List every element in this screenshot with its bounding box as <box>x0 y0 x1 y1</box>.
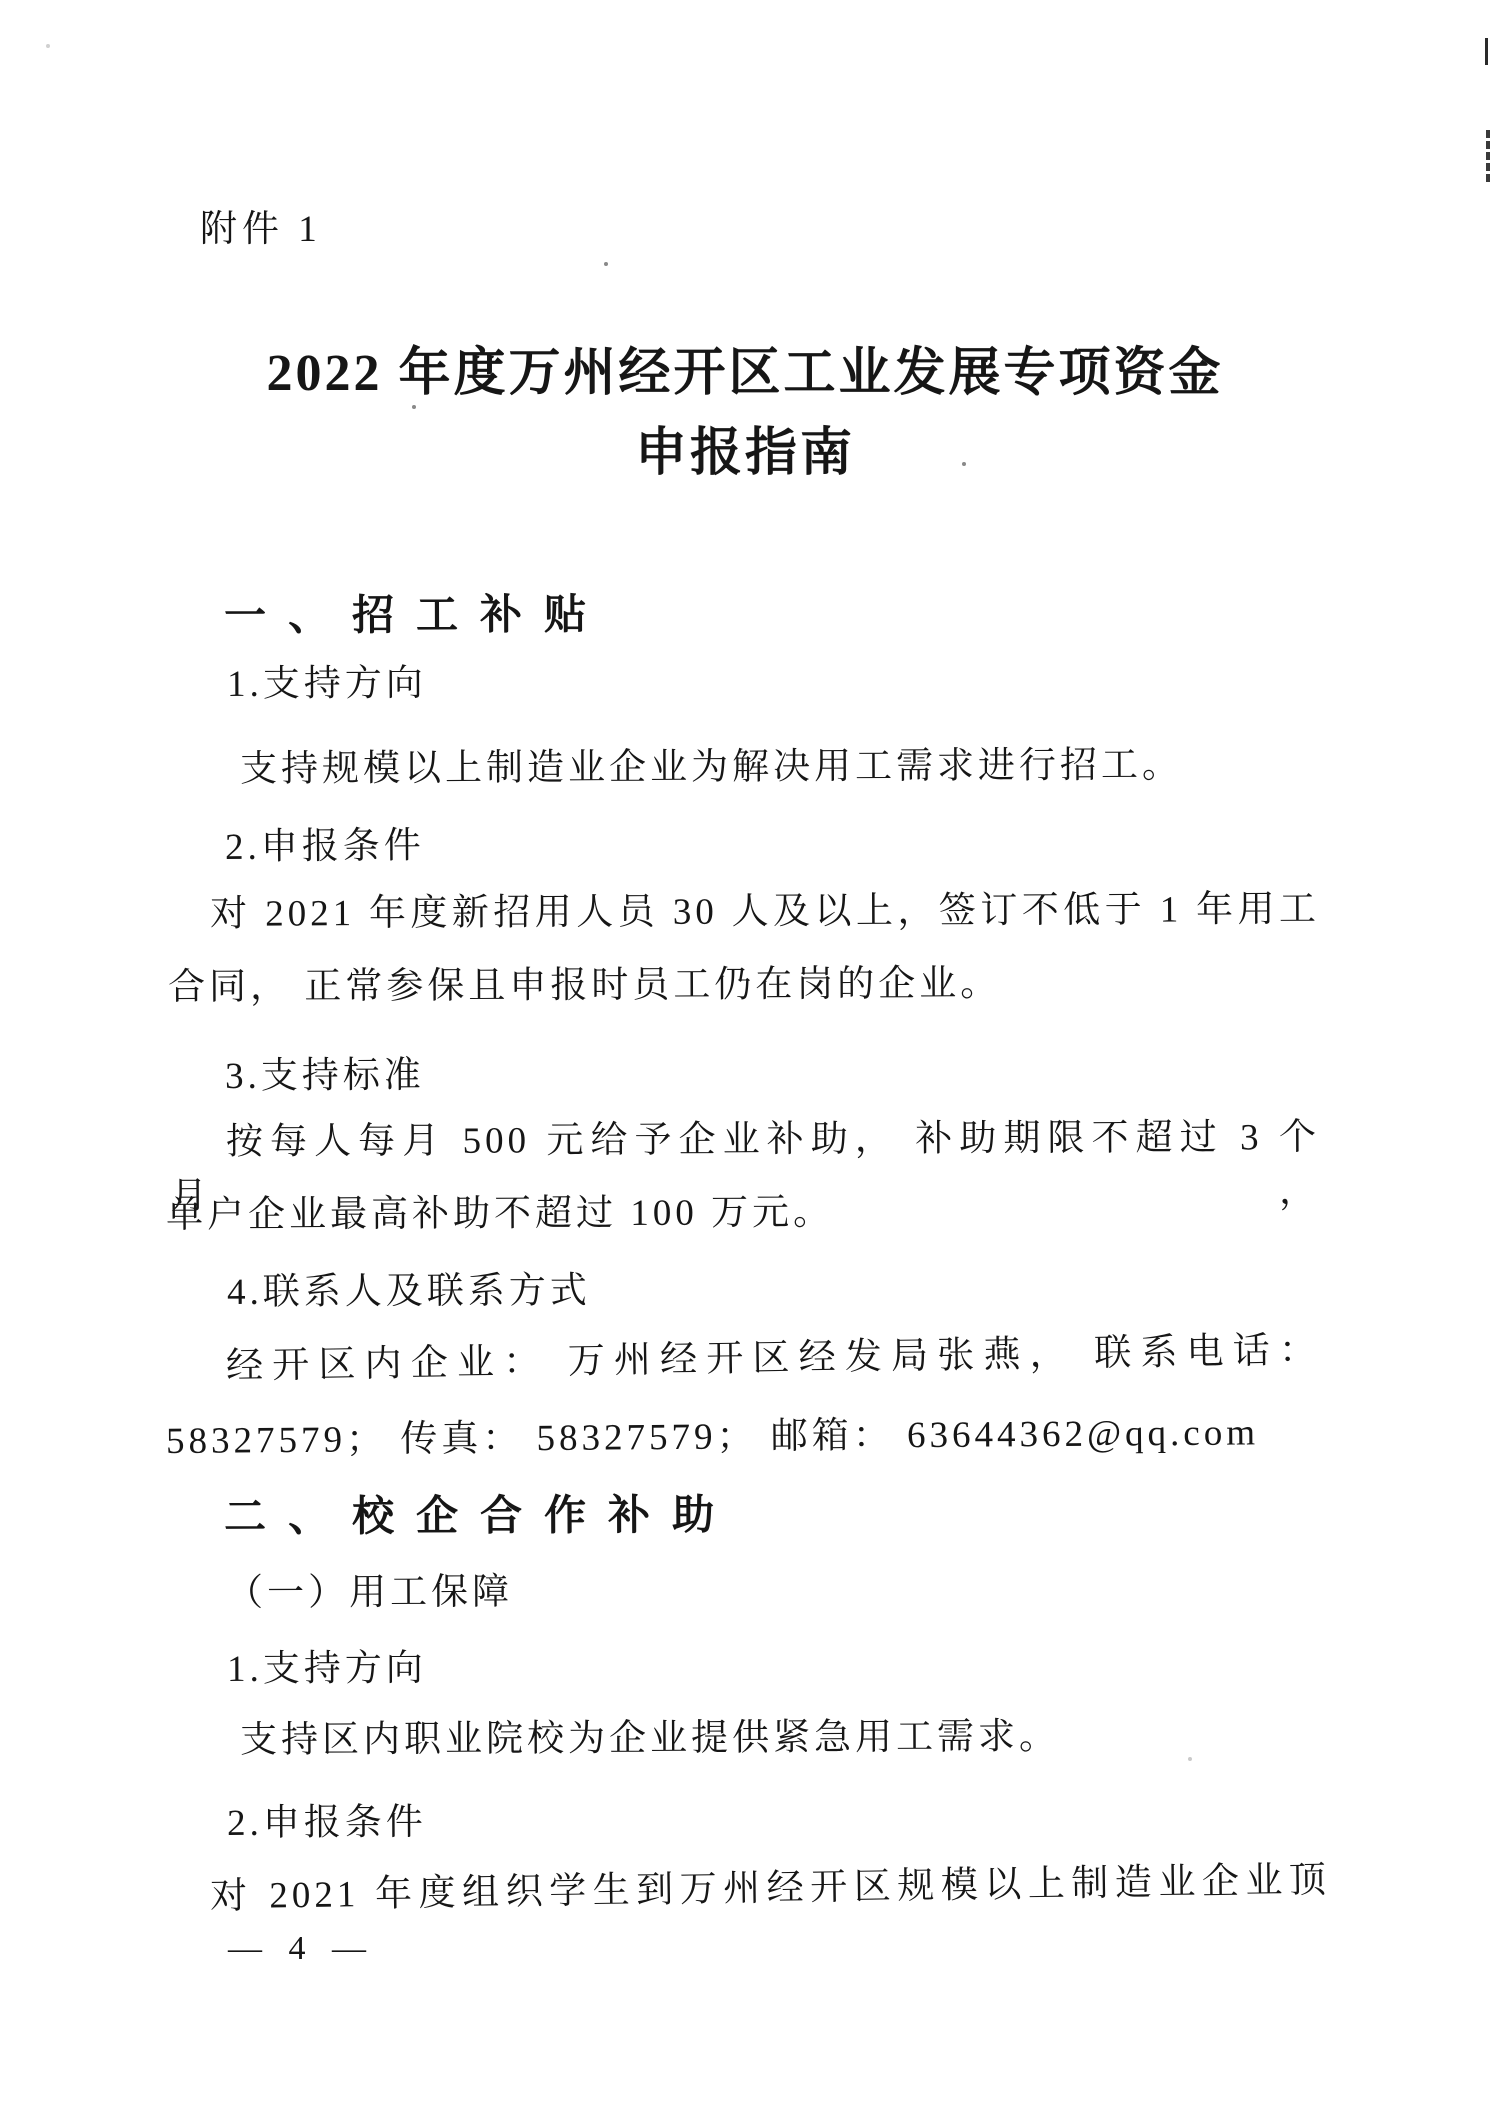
document-title-line1: 2022 年度万州经开区工业发展专项资金 <box>0 330 1490 405</box>
document-title-line2: 申报指南 <box>0 410 1490 485</box>
section-1-item-2-label: 2.申报条件 <box>225 814 425 870</box>
scan-speck-icon <box>962 462 966 466</box>
section-2-item-1-paragraph: 支持区内职业院校为企业提供紧急用工需求。 <box>240 1705 1060 1763</box>
page-number: — 4 — <box>228 1930 375 1968</box>
section-1-item-4-paragraph-1: 经开区内企业： 万州经开区经发局张燕， 联系电话： <box>170 1319 1321 1390</box>
attachment-label: 附件 1 <box>200 198 322 252</box>
scan-speck-icon <box>46 44 50 48</box>
section-1-item-1-paragraph: 支持规模以上制造业企业为解决用工需求进行招工。 <box>240 734 1183 792</box>
section-2-heading: 二、校企合作补助 <box>224 1482 736 1544</box>
scan-speck-icon <box>604 262 608 266</box>
section-1-item-3-label: 3.支持标准 <box>225 1044 425 1099</box>
section-1-item-4-paragraph-2: 58327579； 传真： 58327579； 邮箱： 63644362@qq.… <box>166 1401 1259 1464</box>
section-2-item-1-label: 1.支持方向 <box>227 1637 427 1692</box>
scanned-document-page: 附件 1 2022 年度万州经开区工业发展专项资金 申报指南 一、招工补贴 1.… <box>0 0 1490 2104</box>
section-1-item-4-label: 4.联系人及联系方式 <box>227 1259 591 1315</box>
section-1-item-2-paragraph-1: 对 2021 年度新招用人员 30 人及以上，签订不低于 1 年用工 <box>170 878 1320 937</box>
section-1-item-3-paragraph-2: 单户企业最高补助不超过 100 万元。 <box>166 1181 834 1238</box>
scan-edge-dashed-mark-icon <box>1486 130 1490 182</box>
section-2-item-2-paragraph: 对 2021 年度组织学生到万州经开区规模以上制造业企业顶 <box>170 1849 1331 1920</box>
section-1-item-2-paragraph-2: 合同， 正常参保且申报时员工仍在岗的企业。 <box>168 952 1001 1010</box>
scan-edge-mark-icon <box>1485 38 1488 65</box>
scan-speck-icon <box>412 405 416 409</box>
section-2-subheading: （一）用工保障 <box>226 1561 513 1616</box>
section-1-item-1-label: 1.支持方向 <box>227 652 427 707</box>
section-1-heading: 一、招工补贴 <box>224 581 608 643</box>
scan-speck-icon <box>1188 1757 1192 1761</box>
section-2-item-2-label: 2.申报条件 <box>227 1791 427 1846</box>
